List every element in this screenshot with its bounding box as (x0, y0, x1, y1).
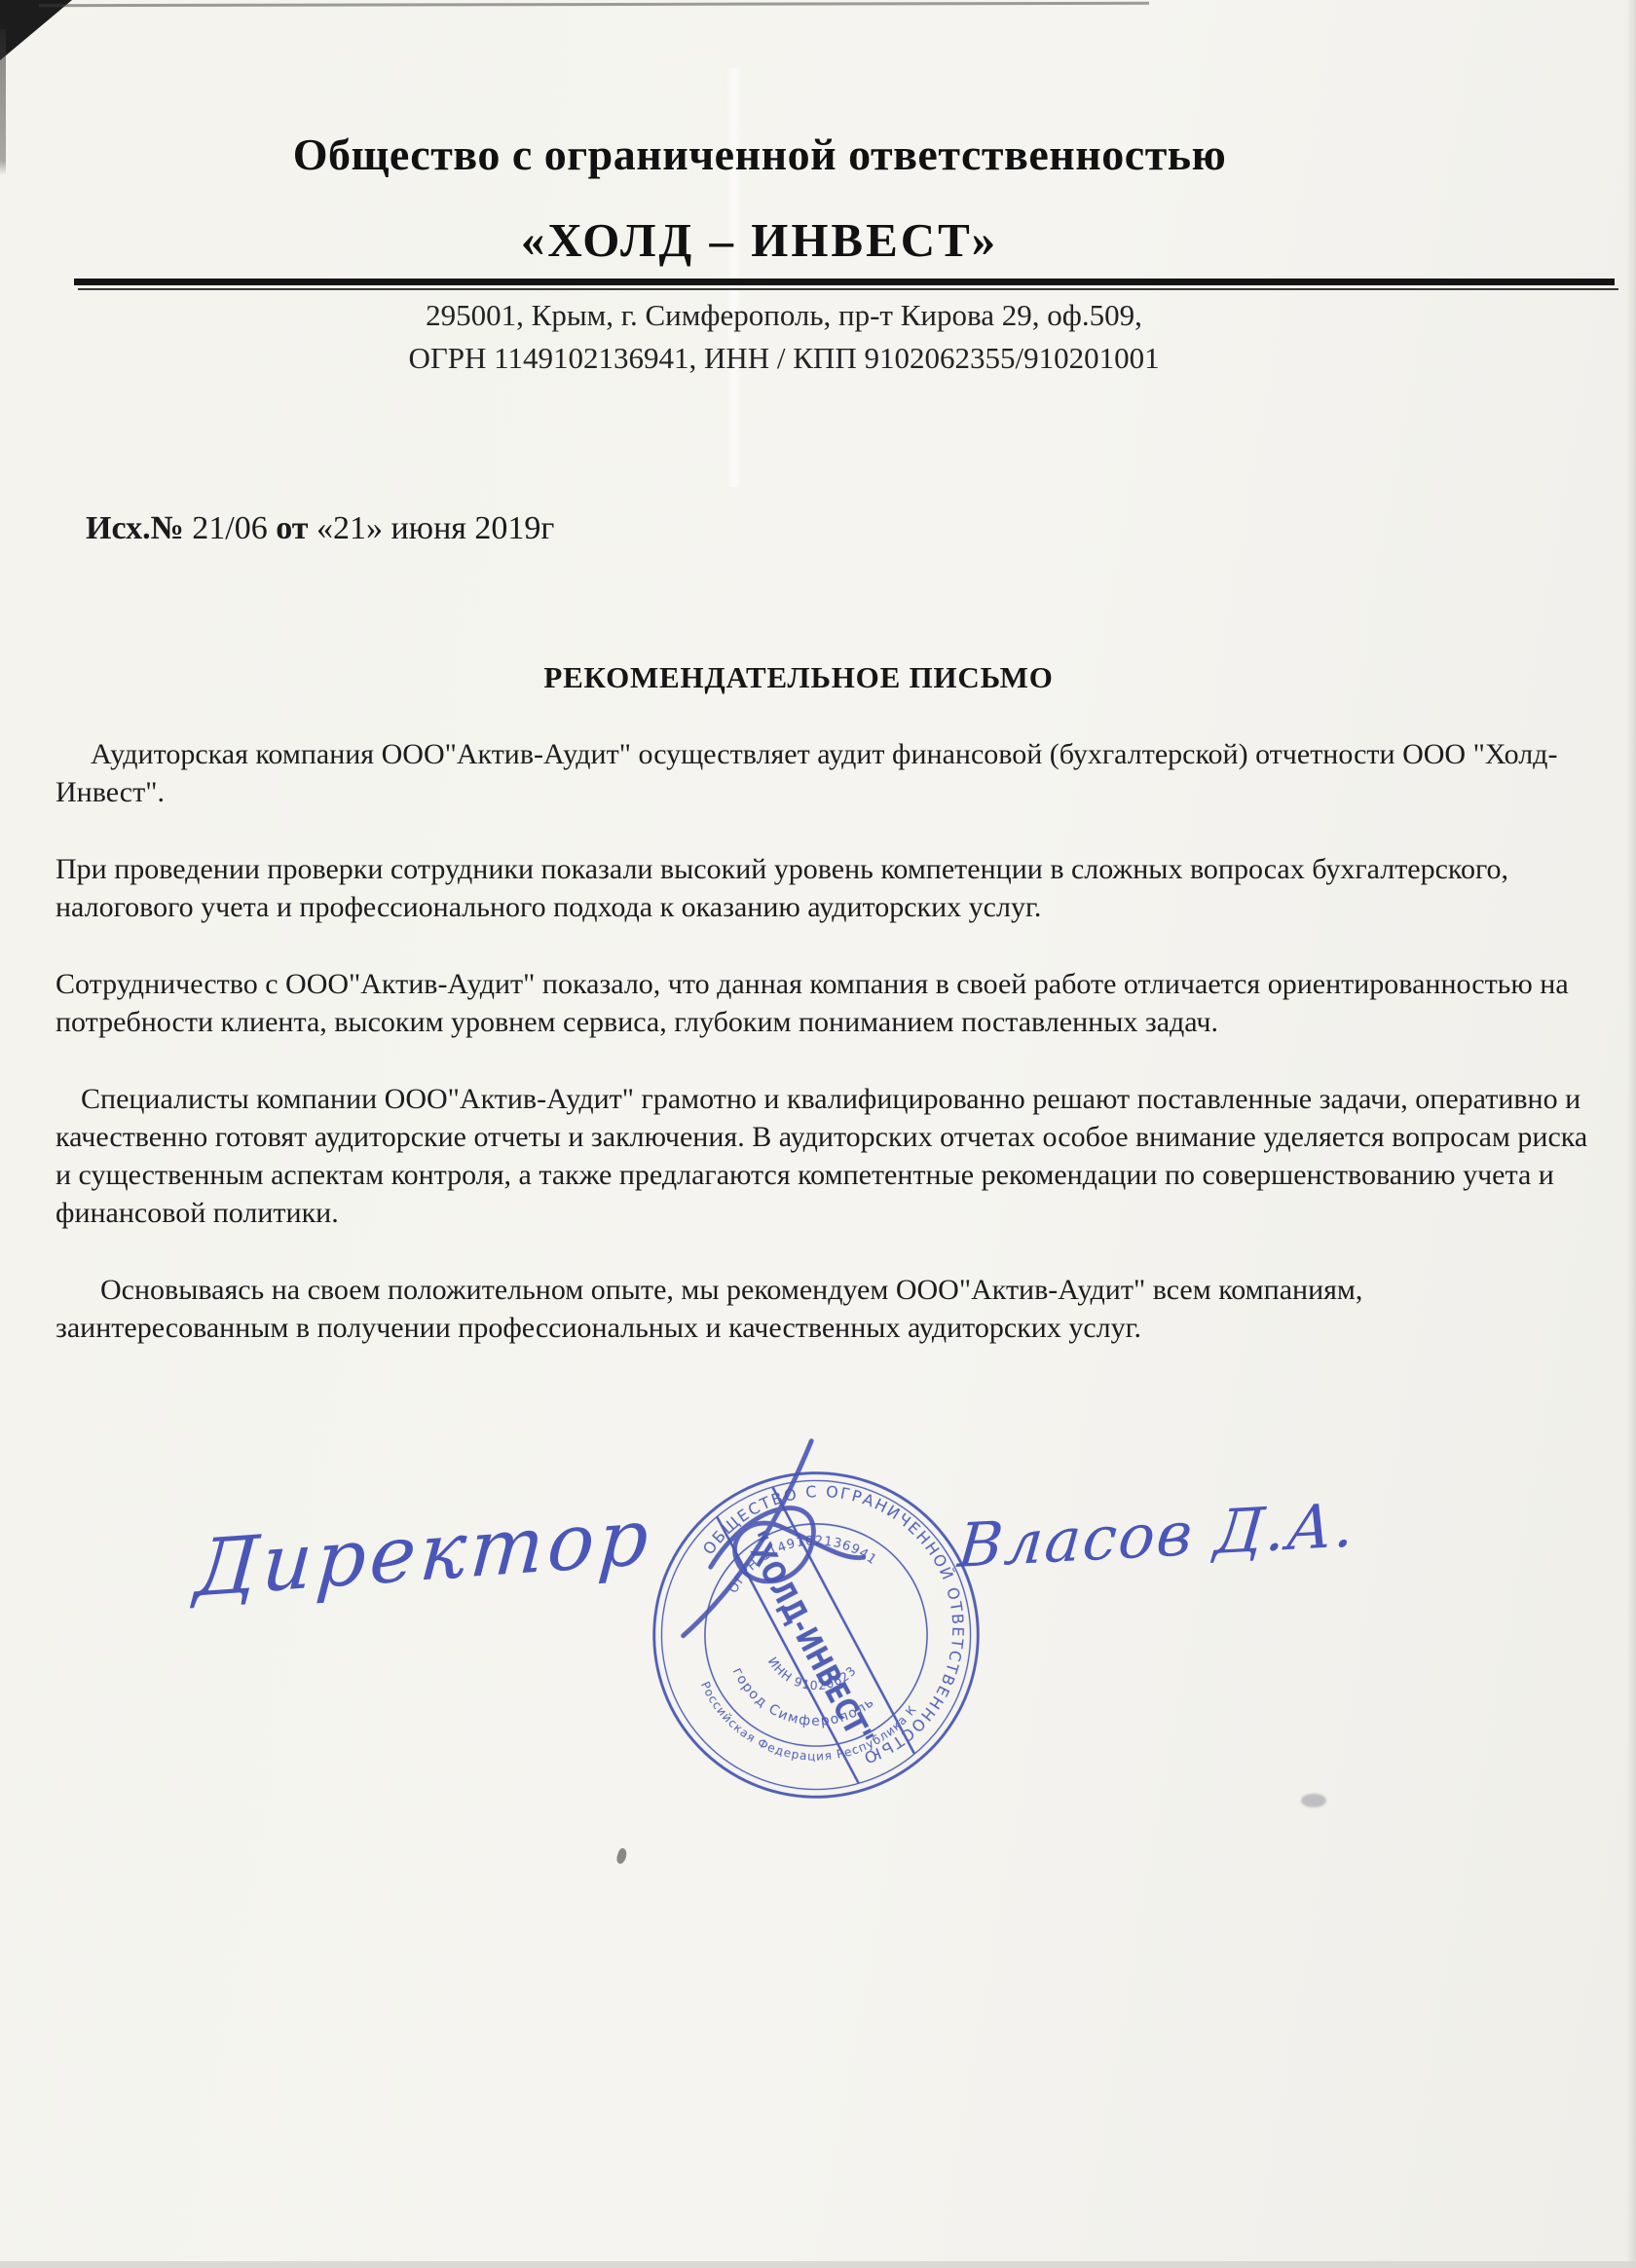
company-round-stamp: ОБЩЕСТВО С ОГРАНИЧЕННОЙ ОТВЕТСТВЕННОСТЬЮ… (627, 1446, 1005, 1824)
paragraph-3: Сотрудничество с ООО"Актив-Аудит" показа… (56, 965, 1589, 1041)
letter-date: «21» июня 2019г (308, 510, 554, 546)
from-label: от (276, 510, 308, 546)
letter-title: РЕКОМЕНДАТЕЛЬНОЕ ПИСЬМО (0, 660, 1597, 695)
outgoing-label: Исх.№ (86, 510, 184, 546)
signer-name: Власов Д.А. (955, 1489, 1358, 1581)
scan-bottom-edge (0, 2261, 1636, 2268)
letterhead-divider (74, 279, 1615, 291)
scan-smudge (1301, 1794, 1326, 1807)
org-name-heading: «ХОЛД – ИНВЕСТ» (0, 212, 1519, 268)
org-address-line: 295001, Крым, г. Симферополь, пр-т Киров… (0, 298, 1568, 333)
scanned-letter-page: Общество с ограниченной ответственностью… (0, 0, 1636, 2268)
scan-right-edge-shadow (1626, 0, 1636, 2268)
letter-body: Аудиторская компания ООО"Актив-Аудит" ос… (56, 735, 1589, 1386)
paragraph-5: Основываясь на своем положительном опыте… (56, 1271, 1589, 1347)
paragraph-2: При проведении проверки сотрудники показ… (56, 850, 1589, 926)
paragraph-4: Специалисты компании ООО"Актив-Аудит" гр… (56, 1080, 1589, 1232)
scan-top-edge-line (39, 2, 1149, 7)
org-type-heading: Общество с ограниченной ответственностью (0, 129, 1519, 180)
outgoing-number: 21/06 (184, 510, 276, 546)
ink-speck (615, 1847, 629, 1865)
org-registration-line: ОГРН 1149102136941, ИНН / КПП 9102062355… (0, 341, 1568, 376)
signature-position-title: Директор (192, 1491, 655, 1614)
outgoing-reference-line: Исх.№ 21/06 от «21» июня 2019г (86, 510, 554, 547)
scan-corner-artifact (0, 0, 72, 60)
paragraph-1: Аудиторская компания ООО"Актив-Аудит" ос… (56, 735, 1589, 811)
